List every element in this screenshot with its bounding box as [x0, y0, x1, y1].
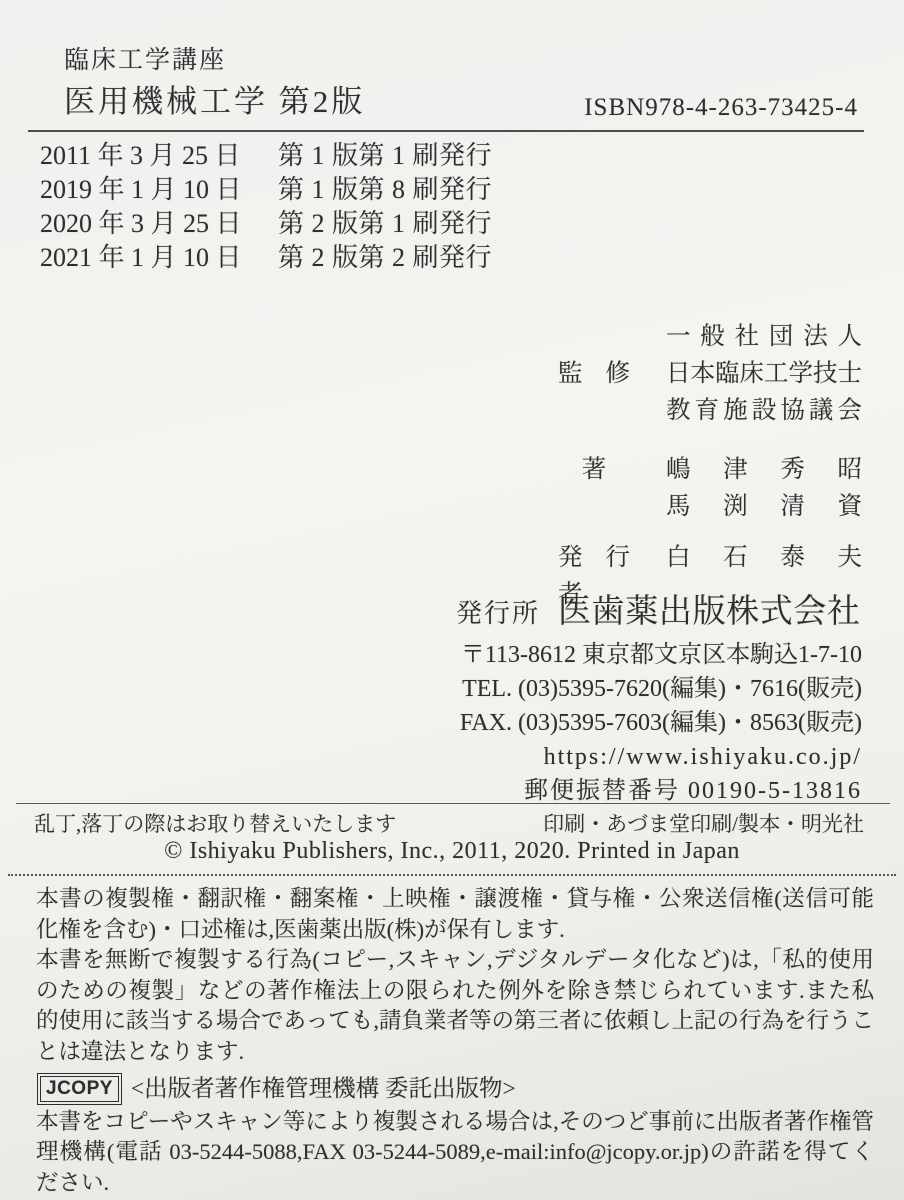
printing-date: 2021 年 1 月 10 日	[40, 241, 278, 275]
book-title: 医用機械工学 第2版	[64, 76, 365, 121]
colophon-divider	[16, 803, 890, 804]
publisher-label: 発行所	[456, 593, 540, 630]
rights-paragraph: 本書の複製権・翻訳権・翻案権・上映権・譲渡権・貸与権・公衆送信権(送信可能化権を…	[36, 884, 874, 945]
jcopy-logo: JCOPY	[40, 1076, 119, 1102]
printing-date: 2019 年 1 月 10 日	[40, 173, 278, 207]
publisher-tel: TEL. (03)5395-7620(編集)・7616(販売)	[460, 672, 862, 706]
printing-row: 2021 年 1 月 10 日 第 2 版第 2 刷発行	[40, 241, 492, 275]
printing-row: 2011 年 3 月 25 日 第 1 版第 1 刷発行	[40, 139, 492, 173]
prohibition-paragraph: 本書を無断で複製する行為(コピー,スキャン,デジタルデータ化など)は,「私的使用…	[36, 945, 874, 1067]
printing-label: 第 2 版第 2 刷発行	[278, 241, 492, 275]
spacer	[0, 525, 862, 539]
book-colophon-page: 臨床工学講座 医用機械工学 第2版 ISBN978-4-263-73425-4 …	[0, 0, 904, 1200]
colophon-notes: 乱丁,落丁の際はお取り替えいたします 印刷・あづま堂印刷/製本・明光社	[34, 808, 864, 838]
publisher-name: 医歯薬出版株式会社	[558, 585, 860, 632]
printing-label: 第 2 版第 1 刷発行	[278, 207, 492, 241]
printing-row: 2020 年 3 月 25 日 第 2 版第 1 刷発行	[40, 207, 492, 241]
author-name-1: 嶋津秀昭	[666, 451, 862, 488]
author-name-2: 馬渕清資	[666, 488, 862, 525]
publisher-row: 発行所 医歯薬出版株式会社	[456, 585, 860, 632]
supervisor-row: 監修 日本臨床工学技士	[0, 355, 862, 392]
jcopy-header: JCOPY <出版者著作権管理機構 委託出版物>	[36, 1074, 874, 1105]
issuer-name: 白石泰夫	[666, 539, 862, 576]
credits-block: 一般社団法人 監修 日本臨床工学技士 教育施設協議会 著 嶋津秀昭 馬渕清資 発…	[0, 318, 862, 613]
printing-date: 2020 年 3 月 25 日	[40, 207, 278, 241]
supervisor-label: 監修	[558, 355, 630, 392]
legal-block: 本書の複製権・翻訳権・翻案権・上映権・譲渡権・貸与権・公衆送信権(送信可能化権を…	[36, 884, 874, 1198]
printing-label: 第 1 版第 8 刷発行	[278, 173, 492, 207]
printing-label: 第 1 版第 1 刷発行	[278, 139, 492, 173]
copyright-line: © Ishiyaku Publishers, Inc., 2011, 2020.…	[0, 838, 904, 865]
replacement-note: 乱丁,落丁の際はお取り替えいたします	[34, 808, 396, 838]
publisher-fax: FAX. (03)5395-7603(編集)・8563(販売)	[460, 706, 862, 740]
dotted-divider	[8, 874, 896, 876]
printing-date: 2011 年 3 月 25 日	[40, 139, 278, 173]
printing-binding-note: 印刷・あづま堂印刷/製本・明光社	[543, 808, 864, 838]
supervisor-row: 一般社団法人	[0, 318, 862, 355]
spacer	[0, 429, 862, 451]
supervisor-row: 教育施設協議会	[0, 392, 862, 429]
publisher-address: 〒113-8612 東京都文京区本駒込1-7-10	[460, 638, 862, 672]
supervisor-org-line3: 教育施設協議会	[666, 392, 862, 429]
header-divider	[28, 130, 864, 132]
printing-history: 2011 年 3 月 25 日 第 1 版第 1 刷発行 2019 年 1 月 …	[40, 139, 492, 275]
isbn-number: ISBN978-4-263-73425-4	[584, 94, 858, 122]
publisher-contact: 〒113-8612 東京都文京区本駒込1-7-10 TEL. (03)5395-…	[460, 638, 862, 808]
author-row: 馬渕清資	[0, 488, 862, 525]
page-inner: 臨床工学講座 医用機械工学 第2版 ISBN978-4-263-73425-4 …	[0, 0, 904, 1200]
series-title: 臨床工学講座	[64, 40, 226, 76]
supervisor-org-line2: 日本臨床工学技士	[666, 355, 862, 392]
author-label: 著	[558, 451, 630, 488]
printing-row: 2019 年 1 月 10 日 第 1 版第 8 刷発行	[40, 173, 492, 207]
supervisor-org-line1: 一般社団法人	[666, 318, 862, 355]
jcopy-title: <出版者著作権管理機構 委託出版物>	[131, 1074, 516, 1105]
jcopy-paragraph: 本書をコピーやスキャン等により複製される場合は,そのつど事前に出版者著作権管理機…	[36, 1107, 874, 1199]
author-row: 著 嶋津秀昭	[0, 451, 862, 488]
publisher-url: https://www.ishiyaku.co.jp/	[460, 740, 862, 774]
